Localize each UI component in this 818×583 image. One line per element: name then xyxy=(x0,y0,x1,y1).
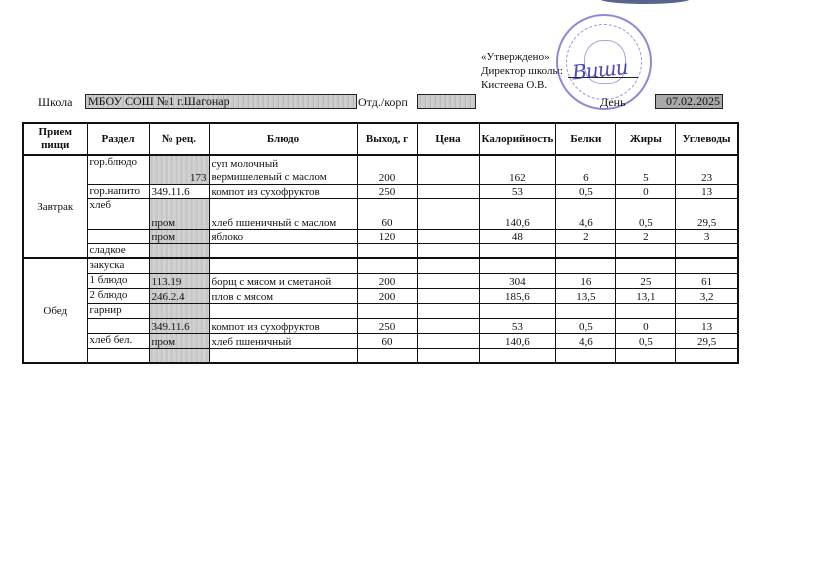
recipe-cell xyxy=(149,303,209,318)
kcal-cell: 304 xyxy=(479,273,556,288)
yield-cell: 200 xyxy=(357,155,417,184)
day-label: День xyxy=(600,95,626,110)
fat-cell xyxy=(616,243,676,258)
recipe-cell xyxy=(149,348,209,363)
yield-cell: 200 xyxy=(357,273,417,288)
kcal-cell: 53 xyxy=(479,184,556,198)
price-cell xyxy=(417,258,479,273)
recipe-cell xyxy=(149,243,209,258)
kcal-cell xyxy=(479,348,556,363)
protein-cell: 0,5 xyxy=(556,184,616,198)
protein-cell: 4,6 xyxy=(556,333,616,348)
recipe-cell: 349.11.6 xyxy=(149,318,209,333)
price-cell xyxy=(417,155,479,184)
school-label: Школа xyxy=(38,95,72,110)
col-header-fat: Жиры xyxy=(616,123,676,155)
kcal-cell: 140,6 xyxy=(479,198,556,229)
approval-block: «Утверждено» Директор школы: Кистеева О.… xyxy=(481,50,563,92)
col-header-protein: Белки xyxy=(556,123,616,155)
dish-cell: борщ с мясом и сметаной xyxy=(209,273,357,288)
col-header-yield: Выход, г xyxy=(357,123,417,155)
protein-cell: 16 xyxy=(556,273,616,288)
yield-cell xyxy=(357,303,417,318)
table-header-row: Прием пищи Раздел № рец. Блюдо Выход, г … xyxy=(23,123,738,155)
protein-cell: 6 xyxy=(556,155,616,184)
carbs-cell: 13 xyxy=(676,184,738,198)
carbs-cell: 23 xyxy=(676,155,738,184)
recipe-cell: 349.11.6 xyxy=(149,184,209,198)
yield-cell xyxy=(357,243,417,258)
col-header-section: Раздел xyxy=(87,123,149,155)
carbs-cell xyxy=(676,258,738,273)
dish-cell: хлеб пшеничный с маслом xyxy=(209,198,357,229)
recipe-cell: 246.2.4 xyxy=(149,288,209,303)
kcal-cell: 185,6 xyxy=(479,288,556,303)
table-row: Завтрак гор.блюдо 173 суп молочный верми… xyxy=(23,155,738,184)
dish-line: суп молочный xyxy=(212,158,355,171)
carbs-cell: 61 xyxy=(676,273,738,288)
day-field[interactable]: 07.02.2025 xyxy=(655,94,723,109)
school-field[interactable]: МБОУ СОШ №1 г.Шагонар xyxy=(85,94,357,109)
table-row: 1 блюдо 113.19 борщ с мясом и сметаной 2… xyxy=(23,273,738,288)
kcal-cell: 53 xyxy=(479,318,556,333)
table-row: Обед закуска xyxy=(23,258,738,273)
fat-cell: 13,1 xyxy=(616,288,676,303)
yield-cell xyxy=(357,348,417,363)
section-cell: 1 блюдо xyxy=(87,273,149,288)
dish-cell xyxy=(209,258,357,273)
protein-cell xyxy=(556,303,616,318)
yield-cell: 200 xyxy=(357,288,417,303)
col-header-kcal: Калорийность xyxy=(479,123,556,155)
section-cell: сладкое xyxy=(87,243,149,258)
dish-cell: компот из сухофруктов xyxy=(209,318,357,333)
price-cell xyxy=(417,273,479,288)
protein-cell: 13,5 xyxy=(556,288,616,303)
approval-name: Кистеева О.В. xyxy=(481,78,563,92)
table-row: хлеб бел. пром хлеб пшеничный 60 140,6 4… xyxy=(23,333,738,348)
kcal-cell xyxy=(479,258,556,273)
recipe-cell: пром xyxy=(149,229,209,243)
table-row: гор.напито 349.11.6 компот из сухофрукто… xyxy=(23,184,738,198)
fat-cell: 5 xyxy=(616,155,676,184)
table-row: гарнир xyxy=(23,303,738,318)
carbs-cell xyxy=(676,303,738,318)
section-cell: гарнир xyxy=(87,303,149,318)
kcal-cell: 140,6 xyxy=(479,333,556,348)
recipe-cell: 113.19 xyxy=(149,273,209,288)
price-cell xyxy=(417,229,479,243)
dish-cell: хлеб пшеничный xyxy=(209,333,357,348)
section-cell: хлеб бел. xyxy=(87,333,149,348)
scan-artifact xyxy=(600,0,690,4)
fat-cell: 25 xyxy=(616,273,676,288)
carbs-cell: 3 xyxy=(676,229,738,243)
price-cell xyxy=(417,333,479,348)
table-row: хлеб пром хлеб пшеничный с маслом 60 140… xyxy=(23,198,738,229)
protein-cell xyxy=(556,348,616,363)
yield-cell: 250 xyxy=(357,184,417,198)
fat-cell: 0,5 xyxy=(616,198,676,229)
meal-lunch: Обед xyxy=(23,258,87,363)
dept-field[interactable] xyxy=(417,94,476,109)
kcal-cell: 162 xyxy=(479,155,556,184)
dish-cell xyxy=(209,303,357,318)
carbs-cell: 3,2 xyxy=(676,288,738,303)
section-cell xyxy=(87,318,149,333)
price-cell xyxy=(417,243,479,258)
yield-cell: 60 xyxy=(357,333,417,348)
recipe-cell: пром xyxy=(149,333,209,348)
section-cell xyxy=(87,348,149,363)
fat-cell: 2 xyxy=(616,229,676,243)
fat-cell: 0 xyxy=(616,318,676,333)
protein-cell: 2 xyxy=(556,229,616,243)
col-header-dish: Блюдо xyxy=(209,123,357,155)
table-row xyxy=(23,348,738,363)
table-row: пром яблоко 120 48 2 2 3 xyxy=(23,229,738,243)
recipe-cell: пром xyxy=(149,198,209,229)
fat-cell xyxy=(616,348,676,363)
table-row: 2 блюдо 246.2.4 плов с мясом 200 185,6 1… xyxy=(23,288,738,303)
dish-cell: плов с мясом xyxy=(209,288,357,303)
approval-title: «Утверждено» xyxy=(481,50,563,64)
recipe-cell xyxy=(149,258,209,273)
section-cell: гор.напито xyxy=(87,184,149,198)
section-cell: 2 блюдо xyxy=(87,288,149,303)
yield-cell: 60 xyxy=(357,198,417,229)
price-cell xyxy=(417,288,479,303)
dish-cell: яблоко xyxy=(209,229,357,243)
section-cell xyxy=(87,229,149,243)
recipe-cell: 173 xyxy=(149,155,209,184)
yield-cell xyxy=(357,258,417,273)
kcal-cell: 48 xyxy=(479,229,556,243)
menu-table: Прием пищи Раздел № рец. Блюдо Выход, г … xyxy=(22,122,739,364)
protein-cell xyxy=(556,258,616,273)
yield-cell: 250 xyxy=(357,318,417,333)
col-header-meal: Прием пищи xyxy=(23,123,87,155)
dish-line: вермишелевый с маслом xyxy=(212,171,355,184)
meal-breakfast: Завтрак xyxy=(23,155,87,258)
dish-cell: компот из сухофруктов xyxy=(209,184,357,198)
table-row: 349.11.6 компот из сухофруктов 250 53 0,… xyxy=(23,318,738,333)
section-cell: закуска xyxy=(87,258,149,273)
yield-cell: 120 xyxy=(357,229,417,243)
price-cell xyxy=(417,184,479,198)
price-cell xyxy=(417,348,479,363)
fat-cell: 0 xyxy=(616,184,676,198)
approval-position: Директор школы: xyxy=(481,64,563,78)
section-cell: гор.блюдо xyxy=(87,155,149,184)
dish-cell xyxy=(209,348,357,363)
dish-cell xyxy=(209,243,357,258)
protein-cell: 0,5 xyxy=(556,318,616,333)
col-header-price: Цена xyxy=(417,123,479,155)
dept-label: Отд./корп xyxy=(358,95,408,110)
price-cell xyxy=(417,318,479,333)
col-header-recipe: № рец. xyxy=(149,123,209,155)
carbs-cell: 29,5 xyxy=(676,333,738,348)
protein-cell: 4,6 xyxy=(556,198,616,229)
col-header-carbs: Углеводы xyxy=(676,123,738,155)
price-cell xyxy=(417,303,479,318)
carbs-cell xyxy=(676,243,738,258)
dish-cell: суп молочный вермишелевый с маслом xyxy=(209,155,357,184)
fat-cell xyxy=(616,303,676,318)
kcal-cell xyxy=(479,243,556,258)
fat-cell xyxy=(616,258,676,273)
carbs-cell xyxy=(676,348,738,363)
price-cell xyxy=(417,198,479,229)
fat-cell: 0,5 xyxy=(616,333,676,348)
carbs-cell: 13 xyxy=(676,318,738,333)
carbs-cell: 29,5 xyxy=(676,198,738,229)
section-cell: хлеб xyxy=(87,198,149,229)
table-row: сладкое xyxy=(23,243,738,258)
protein-cell xyxy=(556,243,616,258)
kcal-cell xyxy=(479,303,556,318)
